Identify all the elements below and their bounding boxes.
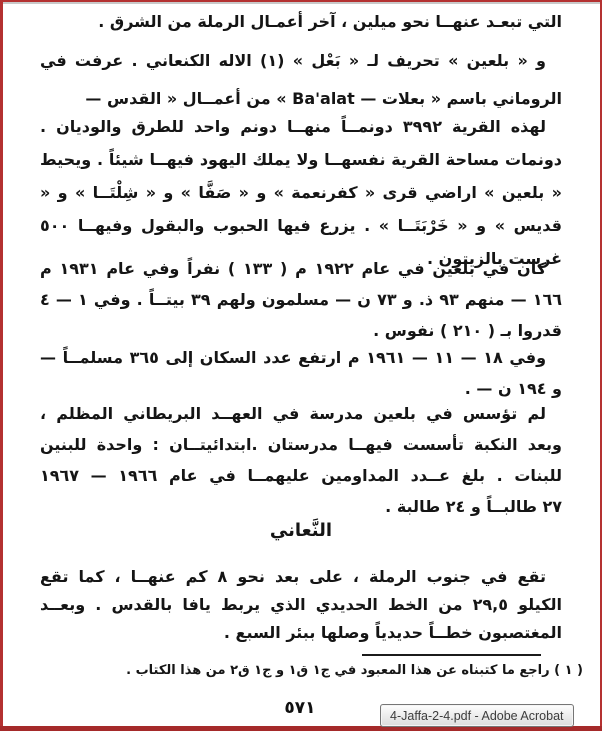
paragraph: لهذه القرية ٣٩٩٢ دونمــاً منهــا دونم وا… [40,110,562,275]
page-border-top-gray [0,2,602,4]
text-line: ١٦٦ — منهم ٩٣ ذ. و ٧٣ ن — مسلمون ولهم ٣٩… [40,284,562,315]
text-line: كان في بلعين في عام ١٩٢٢ م ( ١٣٣ ) نفراً… [40,253,562,284]
text-line: قديس » و « خَرْبَتَــا » . يزرع فيها الح… [40,209,562,242]
paragraph: لم تؤسس في بلعين مدرسة في العهــد البريط… [40,398,562,522]
text-line: التي تبعـد عنهــا نحو ميلين ، آخر أعمـال… [40,6,562,38]
page-border-left [0,0,3,731]
section-heading: النَّعاني [0,514,602,548]
text-line: وبعد النكبة تأسست فيهــا مدرستان .ابتدائ… [40,429,562,460]
text-line: و « بلعين » تحريف لـ « بَعْل » (١) الاله… [40,42,562,80]
footnote: ( ١ ) راجع ما كتبناه عن هذا المعبود في ج… [30,661,583,681]
acrobat-document-view: { "app": { "tooltip": "4-Jaffa-2-4.pdf -… [0,0,602,731]
paragraph: التي تبعـد عنهــا نحو ميلين ، آخر أعمـال… [40,6,562,38]
footnote-separator [362,654,541,656]
text-line: وفي ١٨ — ١١ — ١٩٦١ م ارتفع عدد السكان إل… [40,342,562,373]
paragraph: وفي ١٨ — ١١ — ١٩٦١ م ارتفع عدد السكان إل… [40,342,562,404]
acrobat-window-tooltip: 4-Jaffa-2-4.pdf - Adobe Acrobat [380,704,574,727]
text-line: « بلعين » اراضي قرى « كفرنعمة » و « صَفَ… [40,176,562,209]
text-line: لهذه القرية ٣٩٩٢ دونمــاً منهــا دونم وا… [40,110,562,143]
text-line: تقع في جنوب الرملة ، على بعد نحو ٨ كم عن… [40,563,562,591]
page-number: ٥٧١ [276,698,324,718]
text-line: دونمات مساحة القرية نفسهــا ولا يملك الي… [40,143,562,176]
text-line: الكيلو ٢٩,٥ من الخط الحديدي الذي يربط يا… [40,591,562,619]
paragraph: كان في بلعين في عام ١٩٢٢ م ( ١٣٣ ) نفراً… [40,253,562,346]
text-line: للبنات . بلغ عــدد المداومين عليهمــا في… [40,460,562,491]
text-line: لم تؤسس في بلعين مدرسة في العهــد البريط… [40,398,562,429]
text-line: المغتصبون خطــاً حديدياً وصلها ببئر السب… [40,619,562,647]
paragraph: تقع في جنوب الرملة ، على بعد نحو ٨ كم عن… [40,563,562,647]
paragraph: و « بلعين » تحريف لـ « بَعْل » (١) الاله… [40,42,562,118]
tooltip-text: 4-Jaffa-2-4.pdf - Adobe Acrobat [390,709,564,723]
